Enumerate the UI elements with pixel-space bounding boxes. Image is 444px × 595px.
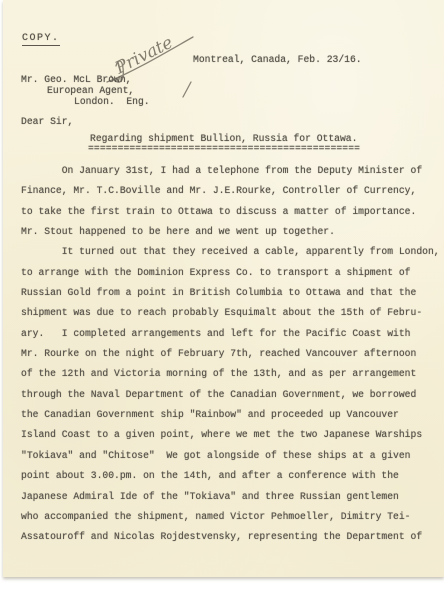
body-line: Russian Gold from a point in British Col… (21, 287, 444, 307)
scanned-letter: COPY. Private Montreal, Canada, Feb. 23/… (0, 0, 444, 595)
body-line: Island Coast to a given point, where we … (21, 429, 444, 449)
body-line: point about 3.00.pm. on the 14th, and af… (21, 470, 444, 490)
body-line: On January 31st, I had a telephone from … (21, 165, 444, 185)
body-line: Japanese Admiral Ide of the "Tokiava" an… (21, 491, 444, 511)
recipient-location: London. Eng. (74, 96, 150, 107)
body-line: who accompanied the shipment, named Vict… (21, 511, 444, 531)
dateline: Montreal, Canada, Feb. 23/16. (193, 54, 362, 65)
body-line: to arrange with the Dominion Express Co.… (21, 267, 444, 287)
recipient-title: European Agent, (47, 85, 134, 96)
body-line: the Canadian Government ship "Rainbow" a… (21, 409, 444, 429)
body-line: through the Naval Department of the Cana… (21, 389, 444, 409)
body-line: ary. I completed arrangements and left f… (21, 328, 444, 348)
body-line: Assatouroff and Nicolas Rojdestvensky, r… (21, 531, 444, 551)
body-line: to take the first train to Ottawa to dis… (21, 206, 444, 226)
salutation: Dear Sir, (21, 116, 73, 127)
letter-page: COPY. Private Montreal, Canada, Feb. 23/… (3, 0, 444, 577)
copy-stamp: COPY. (22, 33, 60, 46)
letter-body: On January 31st, I had a telephone from … (21, 165, 444, 552)
handwritten-text: Private (111, 33, 176, 79)
body-line: shipment was due to reach probably Esqui… (21, 307, 444, 327)
body-line: Mr. Stout happened to be here and we wen… (21, 226, 444, 246)
subject-underline: ========================================… (88, 143, 360, 154)
body-line: Mr. Rourke on the night of February 7th,… (21, 348, 444, 368)
body-line: Finance, Mr. T.C.Boville and Mr. J.E.Rou… (21, 185, 444, 205)
body-line: of the 12th and Victoria morning of the … (21, 368, 444, 388)
body-line: "Tokiava" and "Chitose" We got alongside… (21, 450, 444, 470)
recipient-name: Mr. Geo. McL Brown, (21, 74, 131, 85)
body-line: It turned out that they received a cable… (21, 246, 444, 266)
handwriting-slash-mark (183, 82, 191, 97)
